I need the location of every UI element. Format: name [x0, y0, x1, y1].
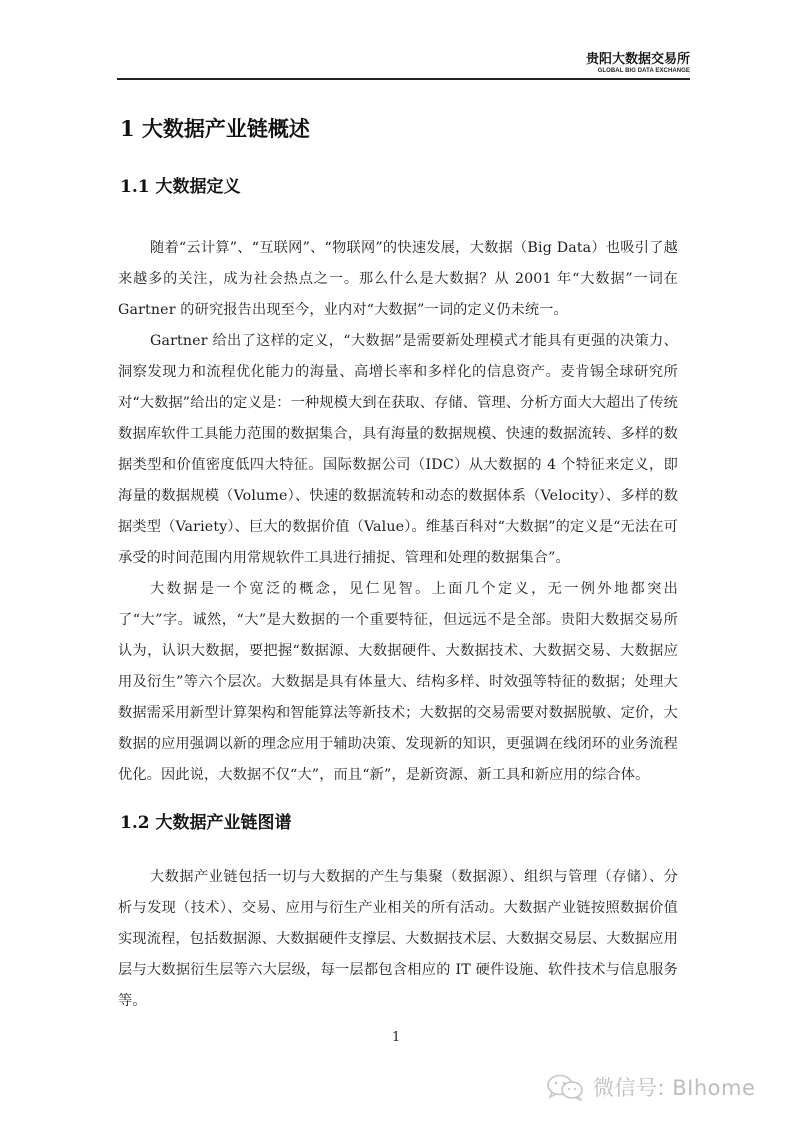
section-title-industry-chain: 1.2 大数据产业链图谱 — [120, 812, 292, 834]
wechat-icon — [545, 1073, 587, 1101]
page-number: 1 — [392, 1030, 400, 1045]
brand-name-chinese: 贵阳大数据交易所 — [586, 52, 690, 67]
watermark-text: 微信号: BIhome — [593, 1072, 755, 1102]
chapter-title: 1 大数据产业链概述 — [120, 116, 310, 142]
paragraph-industry-chain: 大数据产业链包括一切与大数据的产生与集聚（数据源）、组织与管理（存储）、分析与发… — [118, 862, 678, 1017]
paragraph-intro: 随着“云计算”、“互联网”、“物联网”的快速发展，大数据（Big Data）也吸… — [118, 233, 678, 326]
wechat-watermark: 微信号: BIhome — [545, 1072, 755, 1102]
brand-name-english: GLOBAL BIG DATA EXCHANGE — [594, 67, 690, 75]
header-brand-logo: 贵阳大数据交易所 GLOBAL BIG DATA EXCHANGE — [586, 52, 690, 75]
page-header: 贵阳大数据交易所 GLOBAL BIG DATA EXCHANGE — [117, 52, 690, 80]
paragraph-concept: 大数据是一个宽泛的概念，见仁见智。上面几个定义，无一例外地都突出了“大”字。诚然… — [118, 574, 678, 791]
paragraph-definitions: Gartner 给出了这样的定义，“大数据”是需要新处理模式才能具有更强的决策力… — [118, 326, 678, 574]
section-title-definition: 1.1 大数据定义 — [120, 176, 241, 198]
